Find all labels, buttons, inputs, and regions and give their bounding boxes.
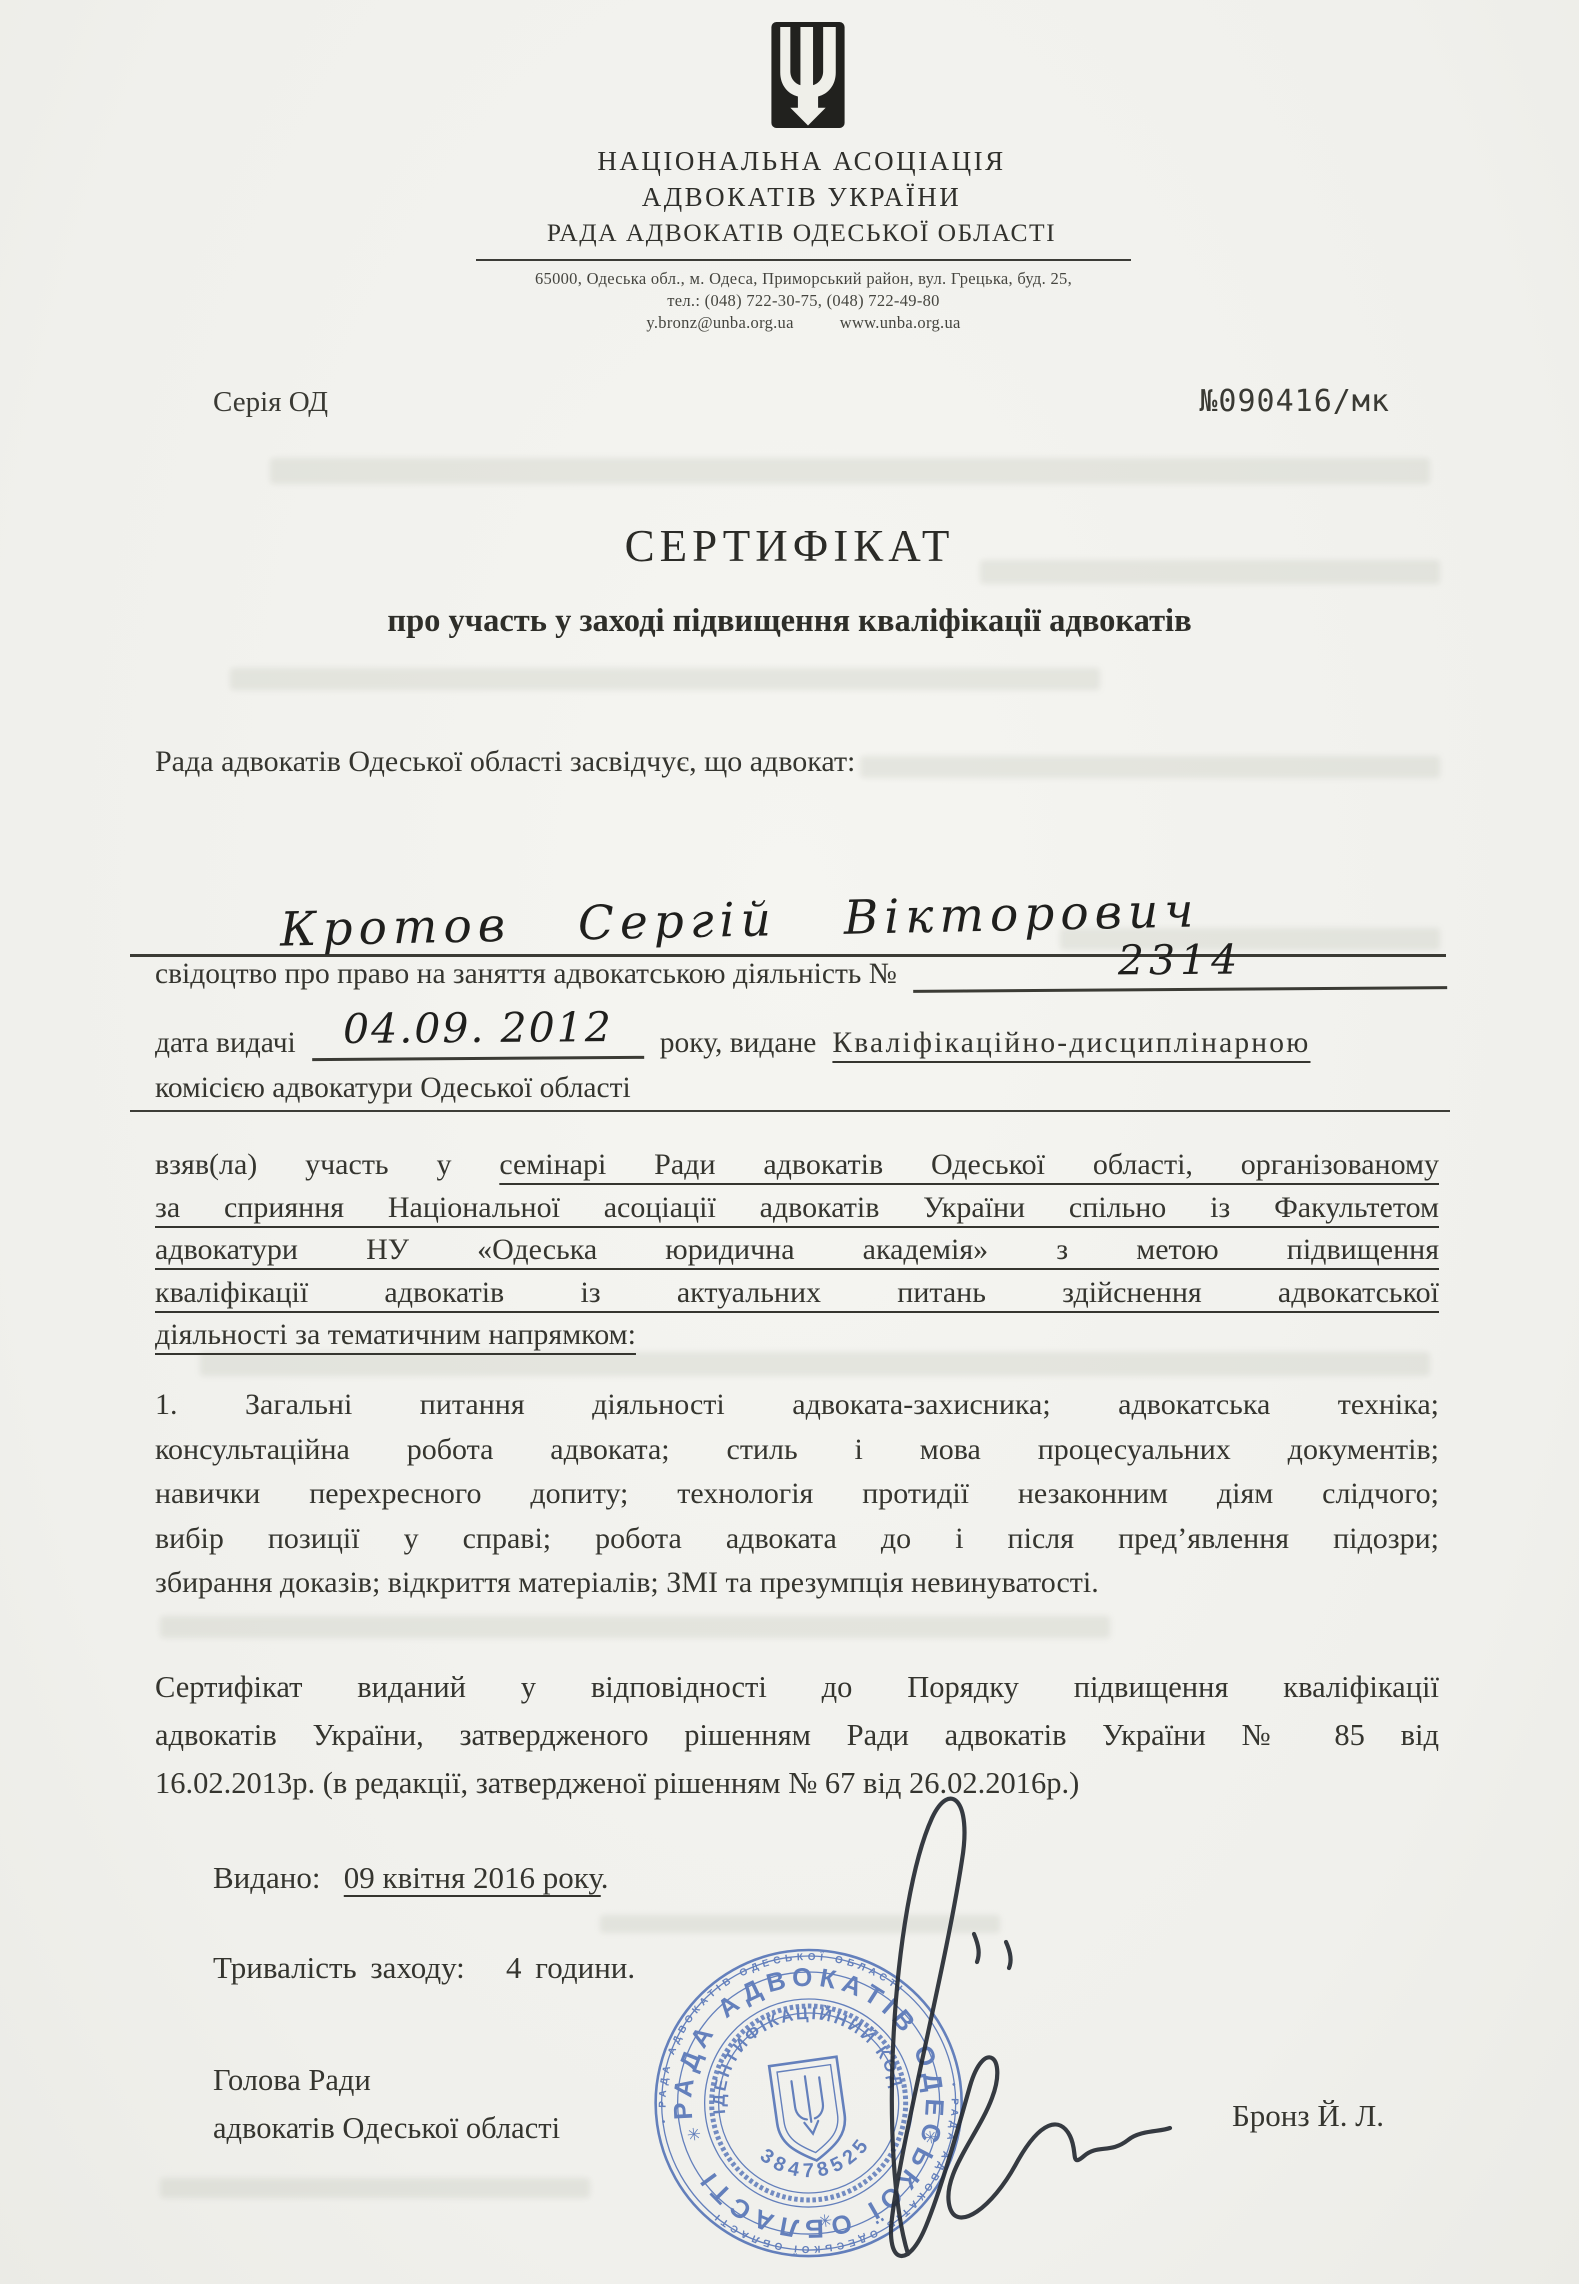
ghost-bleed-smudge bbox=[160, 1616, 1110, 1638]
org-phone: тел.: (048) 722-30-75, (048) 722-49-80 bbox=[14, 290, 1579, 312]
license-date-row: дата видачі 04.09. 2012 року, видане Ква… bbox=[155, 1004, 1447, 1060]
participation-line: адвокатури НУ «Одеська юридична академія… bbox=[155, 1233, 1439, 1276]
header-divider bbox=[476, 259, 1131, 261]
issued-value: 09 квітня 2016 року bbox=[344, 1860, 601, 1895]
certifies-line: Рада адвокатів Одеської області засвідчу… bbox=[155, 745, 855, 779]
duration-label: Тривалість заходу: bbox=[213, 1950, 465, 1985]
org-website: www.unba.org.ua bbox=[840, 312, 961, 334]
ghost-bleed-smudge bbox=[860, 756, 1440, 778]
license-number-handwritten: 2314 bbox=[913, 934, 1448, 993]
issued-date-row: Видано: 09 квітня 2016 року. bbox=[213, 1860, 609, 1896]
certificate-number: №090416/мк bbox=[1199, 384, 1390, 419]
trident-logo-icon bbox=[769, 22, 847, 133]
license-date-label: дата видачі bbox=[155, 1027, 296, 1060]
topics-line: навички перехресного допиту; технологія … bbox=[155, 1477, 1439, 1522]
org-name-line3: РАДА АДВОКАТІВ ОДЕСЬКОЇ ОБЛАСТІ bbox=[12, 215, 1579, 251]
handwritten-signature bbox=[640, 1756, 1260, 2281]
document-title: СЕРТИФІКАТ bbox=[0, 520, 1579, 572]
signatory-title-line1: Голова Ради bbox=[213, 2056, 560, 2104]
document-subtitle: про участь у заході підвищення кваліфіка… bbox=[0, 603, 1579, 640]
legal-line: Сертифікат виданий у відповідності до По… bbox=[155, 1670, 1439, 1718]
series-label: Серія ОД bbox=[213, 386, 328, 419]
license-number-label: свідоцтво про право на заняття адвокатсь… bbox=[155, 958, 897, 991]
ghost-bleed-smudge bbox=[160, 2178, 590, 2198]
org-name-line2: АДВОКАТІВ УКРАЇНИ bbox=[12, 179, 1579, 215]
issuer-underlined: Кваліфікаційно-дисциплінарною bbox=[832, 1027, 1310, 1060]
participation-line: діяльності за тематичним напрямком: bbox=[155, 1318, 1439, 1361]
participation-line: за сприяння Національної асоціації адвок… bbox=[155, 1191, 1439, 1234]
org-contacts: y.bronz@unba.org.uawww.unba.org.ua bbox=[14, 312, 1579, 334]
duration-row: Тривалість заходу: 4 години. bbox=[213, 1950, 635, 1986]
signatory-title: Голова Ради адвокатів Одеської області bbox=[213, 2056, 560, 2152]
issuer-rule bbox=[130, 1110, 1450, 1112]
org-email: y.bronz@unba.org.ua bbox=[646, 313, 793, 332]
participation-line: взяв(ла) участь у семінарі Ради адвокаті… bbox=[155, 1148, 1439, 1191]
license-number-row: свідоцтво про право на заняття адвокатсь… bbox=[155, 936, 1447, 991]
license-date-suffix: року, видане bbox=[660, 1027, 817, 1060]
org-name-line1: НАЦІОНАЛЬНА АСОЦІАЦІЯ bbox=[12, 143, 1579, 179]
license-date-handwritten: 04.09. 2012 bbox=[312, 1003, 644, 1061]
letterhead: НАЦІОНАЛЬНА АСОЦІАЦІЯ АДВОКАТІВ УКРАЇНИ … bbox=[0, 22, 1579, 334]
signatory-title-line2: адвокатів Одеської області bbox=[213, 2104, 560, 2152]
topics-line: 1. Загальні питання діяльності адвоката-… bbox=[155, 1388, 1439, 1433]
ghost-bleed-smudge bbox=[230, 668, 1100, 690]
topics-line: консультаційна робота адвоката; стиль і … bbox=[155, 1433, 1439, 1478]
certificate-page: НАЦІОНАЛЬНА АСОЦІАЦІЯ АДВОКАТІВ УКРАЇНИ … bbox=[0, 0, 1579, 2284]
duration-value: 4 години. bbox=[506, 1950, 635, 1985]
issued-period: . bbox=[601, 1860, 609, 1895]
topics-line: збирання доказів; відкриття матеріалів; … bbox=[155, 1566, 1439, 1611]
participation-paragraph: взяв(ла) участь у семінарі Ради адвокаті… bbox=[155, 1148, 1439, 1361]
topics-paragraph: 1. Загальні питання діяльності адвоката-… bbox=[155, 1388, 1439, 1611]
issued-label: Видано: bbox=[213, 1860, 321, 1895]
topics-line: вибір позиції у справі; робота адвоката … bbox=[155, 1522, 1439, 1567]
participation-line: кваліфікації адвокатів із актуальних пит… bbox=[155, 1276, 1439, 1319]
issuer-line2: комісією адвокатури Одеської області bbox=[155, 1072, 631, 1105]
org-address: 65000, Одеська обл., м. Одеса, Приморськ… bbox=[14, 268, 1579, 290]
ghost-bleed-smudge bbox=[270, 458, 1430, 484]
